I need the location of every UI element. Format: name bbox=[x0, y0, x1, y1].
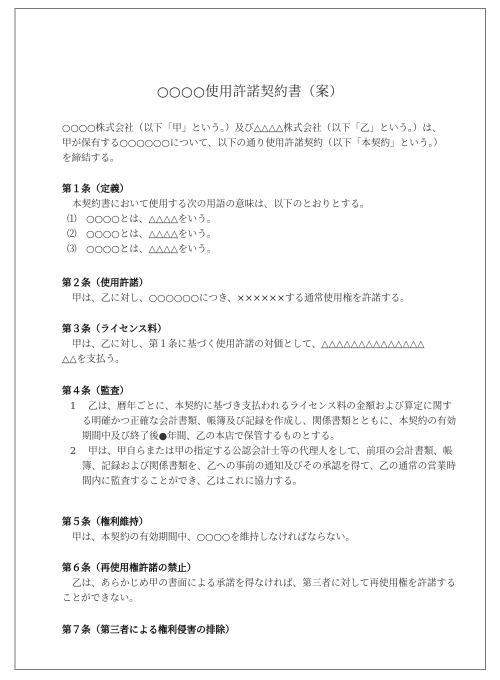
article-heading: 第２条（使用許諾） bbox=[62, 276, 440, 291]
article-5: 第５条（権利維持） 甲は、本契約の有効期間中、○○○○を維持しなければならない。 bbox=[62, 515, 440, 545]
article-text: 乙は、あらかじめ甲の書面による承諾を得なければ、第三者に対して再使用権を許諾する bbox=[62, 576, 440, 591]
article-2: 第２条（使用許諾） 甲は、乙に対し、○○○○○○につき、××××××する通常使用… bbox=[62, 276, 440, 306]
clause-number: 2 bbox=[70, 446, 76, 457]
article-1: 第１条（定義） 本契約書において使用する次の用語の意味は、以下のとおりとする。 … bbox=[62, 182, 440, 257]
clause-text: 間内に監査することができ、乙はこれに協力する。 bbox=[62, 474, 440, 489]
article-4: 第４条（監査） 1乙は、暦年ごとに、本契約に基づき支払われるライセンス料の金額お… bbox=[62, 384, 440, 489]
definition-item: ⑵ ○○○○とは、△△△△をいう。 bbox=[62, 227, 440, 242]
article-text: △△を支払う。 bbox=[62, 352, 440, 367]
preamble: ○○○○株式会社（以下「甲」という。）及び△△△△株式会社（以下「乙」という。）… bbox=[62, 121, 440, 166]
preamble-line: ○○○○株式会社（以下「甲」という。）及び△△△△株式会社（以下「乙」という。）… bbox=[62, 121, 440, 136]
document-title: ○○○○使用許諾契約書（案） bbox=[62, 80, 438, 100]
definition-item: ⑶ ○○○○とは、△△△△をいう。 bbox=[62, 242, 440, 257]
article-6: 第６条（再使用権許諾の禁止） 乙は、あらかじめ甲の書面による承諾を得なければ、第… bbox=[62, 561, 440, 606]
preamble-line: を締結する。 bbox=[62, 151, 440, 166]
article-heading: 第１条（定義） bbox=[62, 182, 440, 197]
clause-text: 簿、記録および関係書類を、乙への事前の通知及びその承認を得て、乙の通常の営業時 bbox=[62, 459, 440, 474]
clause-text: 甲は、甲自らまたは甲の指定する公認会計士等の代理人をして、前項の会計書類、帳 bbox=[88, 446, 452, 457]
preamble-line: 甲が保有する○○○○○○について、以下の通り使用許諾契約（以下「本契約」という。… bbox=[62, 136, 440, 151]
article-text: 甲は、乙に対し、○○○○○○につき、××××××する通常使用権を許諾する。 bbox=[62, 291, 440, 306]
article-heading: 第５条（権利維持） bbox=[62, 515, 440, 530]
article-text: 本契約書において使用する次の用語の意味は、以下のとおりとする。 bbox=[62, 197, 440, 212]
numbered-clause: 1乙は、暦年ごとに、本契約に基づき支払われるライセンス料の金額および算定に関す bbox=[62, 399, 440, 414]
article-text: 甲は、乙に対し、第１条に基づく使用許諾の対価として、△△△△△△△△△△△△△△ bbox=[62, 337, 440, 352]
definition-item: ⑴ ○○○○とは、△△△△をいう。 bbox=[62, 212, 440, 227]
article-text: 甲は、本契約の有効期間中、○○○○を維持しなければならない。 bbox=[62, 530, 440, 545]
clause-text: 期間中及び終了後●年間、乙の本店で保管するものとする。 bbox=[62, 429, 440, 444]
article-heading: 第４条（監査） bbox=[62, 384, 440, 399]
article-heading: 第６条（再使用権許諾の禁止） bbox=[62, 561, 440, 576]
numbered-clause: 2甲は、甲自らまたは甲の指定する公認会計士等の代理人をして、前項の会計書類、帳 bbox=[62, 444, 440, 459]
article-heading: 第３条（ライセンス料） bbox=[62, 322, 440, 337]
article-heading: 第７条（第三者による権利侵害の排除） bbox=[62, 623, 440, 638]
clause-text: る明確かつ正確な会計書類、帳簿及び記録を作成し、関係書類とともに、本契約の有効 bbox=[62, 414, 440, 429]
clause-number: 1 bbox=[70, 401, 76, 412]
article-3: 第３条（ライセンス料） 甲は、乙に対し、第１条に基づく使用許諾の対価として、△△… bbox=[62, 322, 440, 367]
article-text: ことができない。 bbox=[62, 591, 440, 606]
article-7: 第７条（第三者による権利侵害の排除） bbox=[62, 623, 440, 638]
clause-text: 乙は、暦年ごとに、本契約に基づき支払われるライセンス料の金額および算定に関す bbox=[88, 401, 452, 412]
